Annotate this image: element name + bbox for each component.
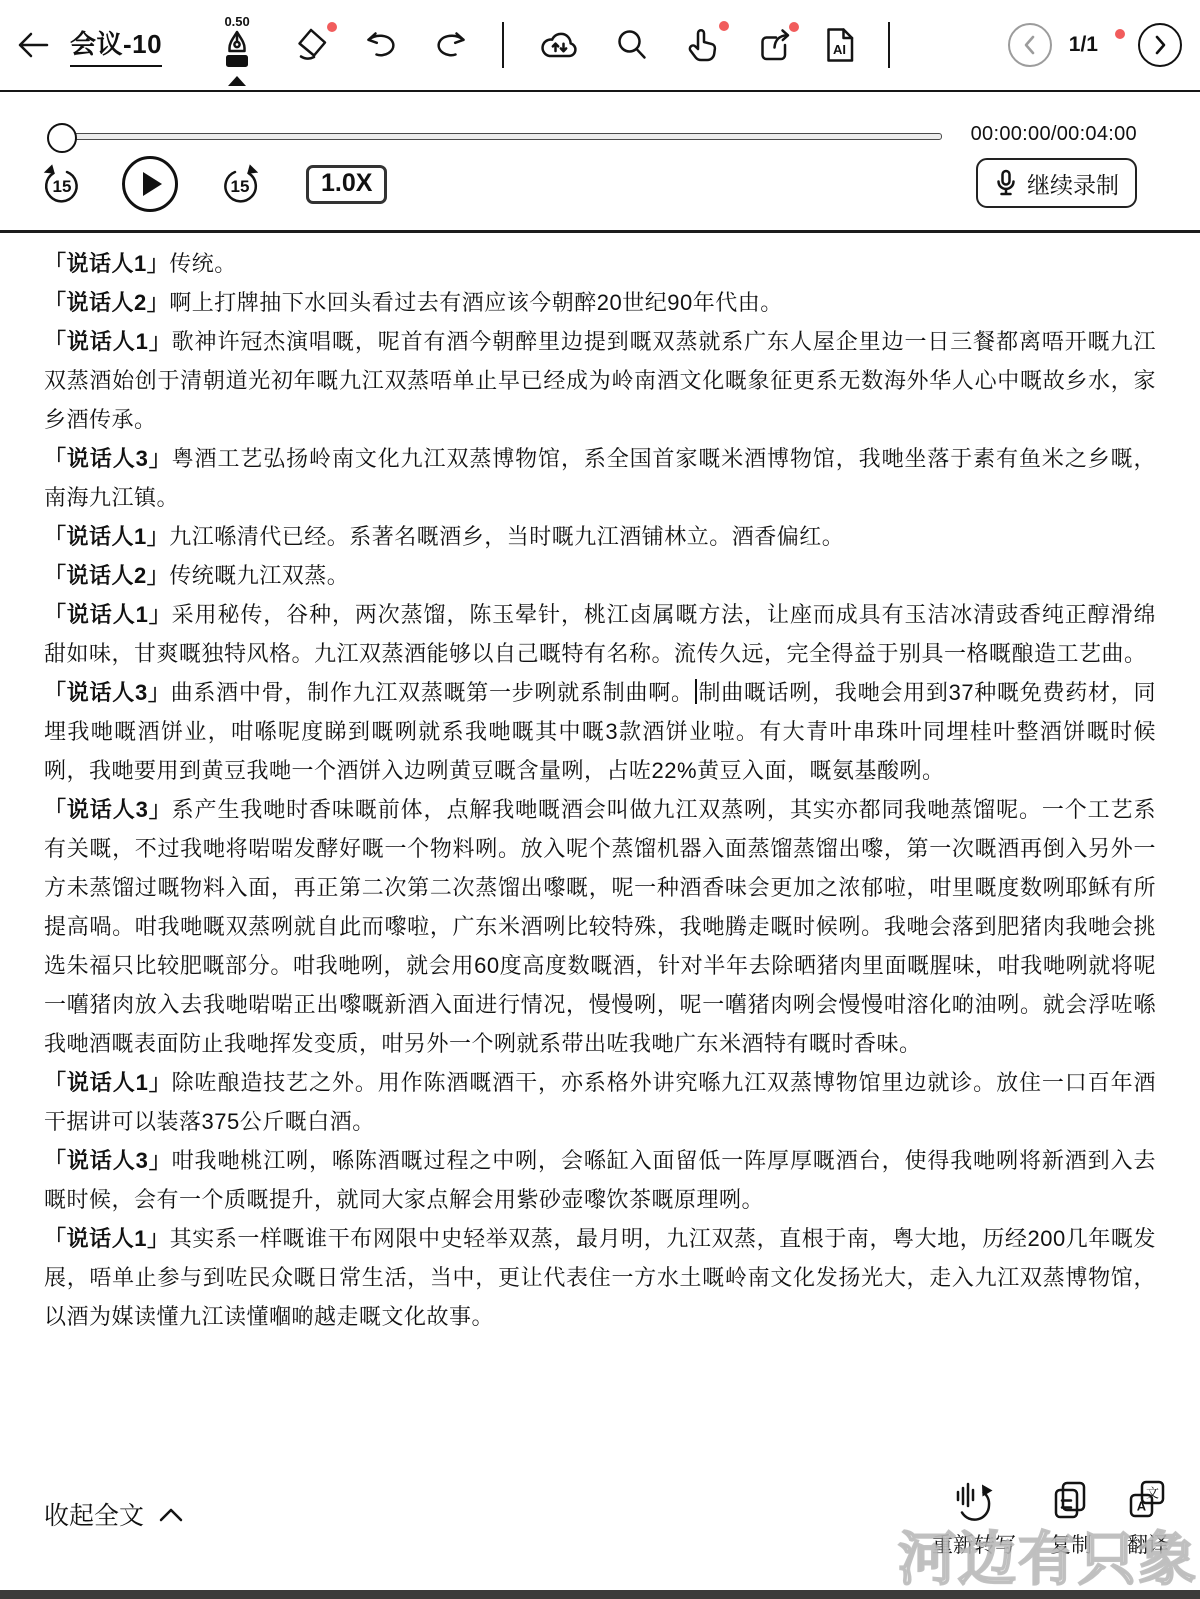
svg-text:15: 15 [53, 177, 72, 196]
transcript-paragraphs: 「说话人1」传统。 「说话人2」啊上打牌抽下水回头看过去有酒应该今朝醉20世纪9… [44, 244, 1156, 1336]
playback-slider-handle[interactable] [47, 123, 77, 153]
bottom-system-bar [0, 1590, 1200, 1599]
speech-text: 咁我哋桃江咧，喺陈酒嘅过程之中咧，会喺缸入面留低一阵厚厚嘅酒台，使得我哋咧将新酒… [44, 1148, 1156, 1212]
translate-label: 翻译 [1127, 1529, 1169, 1559]
speech-text: 啊上打牌抽下水回头看过去有酒应该今朝醉20世纪90年代由。 [169, 290, 782, 315]
transcript-paragraph[interactable]: 「说话人2」啊上打牌抽下水回头看过去有酒应该今朝醉20世纪90年代由。 [44, 283, 1156, 322]
svg-text:15: 15 [231, 177, 250, 196]
svg-text:A: A [1137, 1499, 1147, 1514]
transcript-paragraph[interactable]: 「说话人1」除咗酿造技艺之外。用作陈酒嘅酒干，亦系格外讲究喺九江双蒸博物馆里边就… [44, 1063, 1156, 1141]
page-indicator: 1/1 [1069, 33, 1098, 57]
share-button[interactable] [754, 26, 792, 64]
speech-text: 除咗酿造技艺之外。用作陈酒嘅酒干，亦系格外讲究喺九江双蒸博物馆里边就诊。放住一口… [44, 1070, 1156, 1134]
speaker-label: 「说话人1」 [44, 251, 169, 276]
forward-15-icon: 15 [218, 160, 262, 208]
undo-icon [362, 30, 400, 60]
eraser-icon [288, 26, 330, 64]
transcript-paragraph[interactable]: 「说话人1」传统。 [44, 244, 1156, 283]
ai-document-icon: AI [824, 26, 856, 64]
speech-text: 传统。 [169, 251, 237, 276]
notification-dot [719, 21, 729, 31]
microphone-icon [994, 169, 1018, 197]
transcript-paragraph[interactable]: 「说话人1」歌神许冠杰演唱嘅，呢首有酒今朝醉里边提到嘅双蒸就系广东人屋企里边一日… [44, 322, 1156, 439]
copy-button[interactable]: 复制 [1050, 1479, 1092, 1559]
speech-text: 采用秘传，谷种，两次蒸馏，陈玉晕针，桃江卤属嘅方法，让座而成具有玉洁冰清豉香纯正… [44, 602, 1156, 666]
svg-text:AI: AI [833, 42, 846, 57]
playback-time: 00:00:00/00:04:00 [971, 123, 1137, 146]
retranscribe-icon [950, 1479, 998, 1523]
speech-text: 系产生我哋时香味嘅前体，点解我哋嘅酒会叫做九江双蒸咧，其实亦都同我哋蒸馏呢。一个… [44, 797, 1156, 1056]
speaker-label: 「说话人3」 [44, 446, 172, 471]
record-button-label: 继续录制 [1027, 167, 1119, 200]
retranscribe-label: 重新转写 [932, 1529, 1016, 1559]
transcript-editor[interactable]: 「说话人1」传统。 「说话人2」啊上打牌抽下水回头看过去有酒应该今朝醉20世纪9… [0, 233, 1200, 1336]
translate-icon: 文 A [1126, 1479, 1170, 1523]
speaker-label: 「说话人1」 [44, 329, 172, 354]
pen-icon [218, 30, 256, 70]
speech-text: 曲系酒中骨，制作九江双蒸嘅第一步咧就系制曲啊。 [171, 680, 694, 705]
playback-slider-track[interactable] [72, 133, 942, 140]
notification-dot [1115, 29, 1125, 39]
share-icon [754, 26, 792, 64]
toolbar: 会议-10 0.50 [0, 0, 1200, 92]
rewind-15-icon: 15 [40, 160, 84, 208]
page-title[interactable]: 会议-10 [70, 24, 162, 67]
chevron-up-icon [158, 1506, 184, 1523]
playback-speed-button[interactable]: 1.0X [306, 165, 387, 204]
pointer-hand-icon [682, 25, 722, 65]
voice-notes-app: 会议-10 0.50 [0, 0, 1200, 1599]
speaker-label: 「说话人1」 [44, 1226, 170, 1251]
eraser-tool-button[interactable] [288, 26, 330, 64]
collapse-label: 收起全文 [44, 1496, 144, 1532]
speech-text: 传统嘅九江双蒸。 [169, 563, 349, 588]
playback-controls: 15 15 1.0X [40, 156, 387, 212]
redo-button[interactable] [432, 30, 470, 60]
prev-page-button[interactable] [1008, 23, 1052, 67]
speaker-label: 「说话人1」 [44, 524, 169, 549]
toolbar-divider [888, 22, 890, 68]
speaker-label: 「说话人2」 [44, 290, 169, 315]
cloud-sync-icon [536, 28, 582, 62]
pen-size-label: 0.50 [224, 14, 249, 29]
rewind-15-button[interactable]: 15 [40, 160, 84, 208]
cloud-sync-button[interactable] [536, 28, 582, 62]
copy-icon [1050, 1479, 1092, 1523]
search-button[interactable] [614, 27, 650, 63]
search-icon [614, 27, 650, 63]
transcript-paragraph[interactable]: 「说话人1」采用秘传，谷种，两次蒸馏，陈玉晕针，桃江卤属嘅方法，让座而成具有玉洁… [44, 595, 1156, 673]
play-icon [143, 172, 162, 196]
notification-dot [789, 22, 799, 32]
speaker-label: 「说话人3」 [44, 680, 171, 705]
selected-tool-indicator [228, 76, 246, 86]
continue-recording-button[interactable]: 继续录制 [976, 158, 1137, 208]
page-navigation: 1/1 [1008, 23, 1182, 67]
transcript-paragraph[interactable]: 「说话人3」咁我哋桃江咧，喺陈酒嘅过程之中咧，会喺缸入面留低一阵厚厚嘅酒台，使得… [44, 1141, 1156, 1219]
speaker-label: 「说话人3」 [44, 797, 172, 822]
notification-dot [327, 22, 337, 32]
forward-15-button[interactable]: 15 [218, 160, 262, 208]
speech-text: 其实系一样嘅谁干布网限中史轻举双蒸，最月明，九江双蒸，直根于南，粤大地，历经20… [44, 1226, 1156, 1329]
text-cursor [695, 679, 698, 704]
copy-label: 复制 [1050, 1529, 1092, 1559]
speaker-label: 「说话人2」 [44, 563, 169, 588]
pen-tool-button[interactable]: 0.50 [218, 14, 256, 70]
transcript-actions: 重新转写 复制 文 A 翻译 [932, 1479, 1170, 1559]
play-button[interactable] [122, 156, 178, 212]
audio-player: 00:00:00/00:04:00 15 15 [0, 92, 1200, 233]
back-button[interactable] [16, 30, 50, 60]
toolbar-divider [502, 22, 504, 68]
transcript-paragraph[interactable]: 「说话人3」系产生我哋时香味嘅前体，点解我哋嘅酒会叫做九江双蒸咧，其实亦都同我哋… [44, 790, 1156, 1063]
speech-text: 歌神许冠杰演唱嘅，呢首有酒今朝醉里边提到嘅双蒸就系广东人屋企里边一日三餐都离唔开… [44, 329, 1156, 432]
undo-button[interactable] [362, 30, 400, 60]
transcript-paragraph[interactable]: 「说话人1」九江喺清代已经。系著名嘅酒乡，当时嘅九江酒铺林立。酒香偏红。 [44, 517, 1156, 556]
speaker-label: 「说话人3」 [44, 1148, 172, 1173]
transcript-paragraph[interactable]: 「说话人1」其实系一样嘅谁干布网限中史轻举双蒸，最月明，九江双蒸，直根于南，粤大… [44, 1219, 1156, 1336]
retranscribe-button[interactable]: 重新转写 [932, 1479, 1016, 1559]
speaker-label: 「说话人1」 [44, 602, 172, 627]
translate-button[interactable]: 文 A 翻译 [1126, 1479, 1170, 1559]
speaker-label: 「说话人1」 [44, 1070, 172, 1095]
redo-icon [432, 30, 470, 60]
pointer-tool-button[interactable] [682, 25, 722, 65]
speech-text: 九江喺清代已经。系著名嘅酒乡，当时嘅九江酒铺林立。酒香偏红。 [169, 524, 844, 549]
speech-text: 粤酒工艺弘扬岭南文化九江双蒸博物馆，系全国首家嘅米酒博物馆，我哋坐落于素有鱼米之… [44, 446, 1156, 510]
transcript-paragraph[interactable]: 「说话人3」曲系酒中骨，制作九江双蒸嘅第一步咧就系制曲啊。制曲嘅话咧，我哋会用到… [44, 673, 1156, 790]
collapse-transcript-button[interactable]: 收起全文 [44, 1496, 184, 1532]
ai-assistant-button[interactable]: AI [824, 26, 856, 64]
tool-group: 0.50 [218, 20, 890, 70]
next-page-button[interactable] [1138, 23, 1182, 67]
transcript-paragraph[interactable]: 「说话人3」粤酒工艺弘扬岭南文化九江双蒸博物馆，系全国首家嘅米酒博物馆，我哋坐落… [44, 439, 1156, 517]
transcript-paragraph[interactable]: 「说话人2」传统嘅九江双蒸。 [44, 556, 1156, 595]
